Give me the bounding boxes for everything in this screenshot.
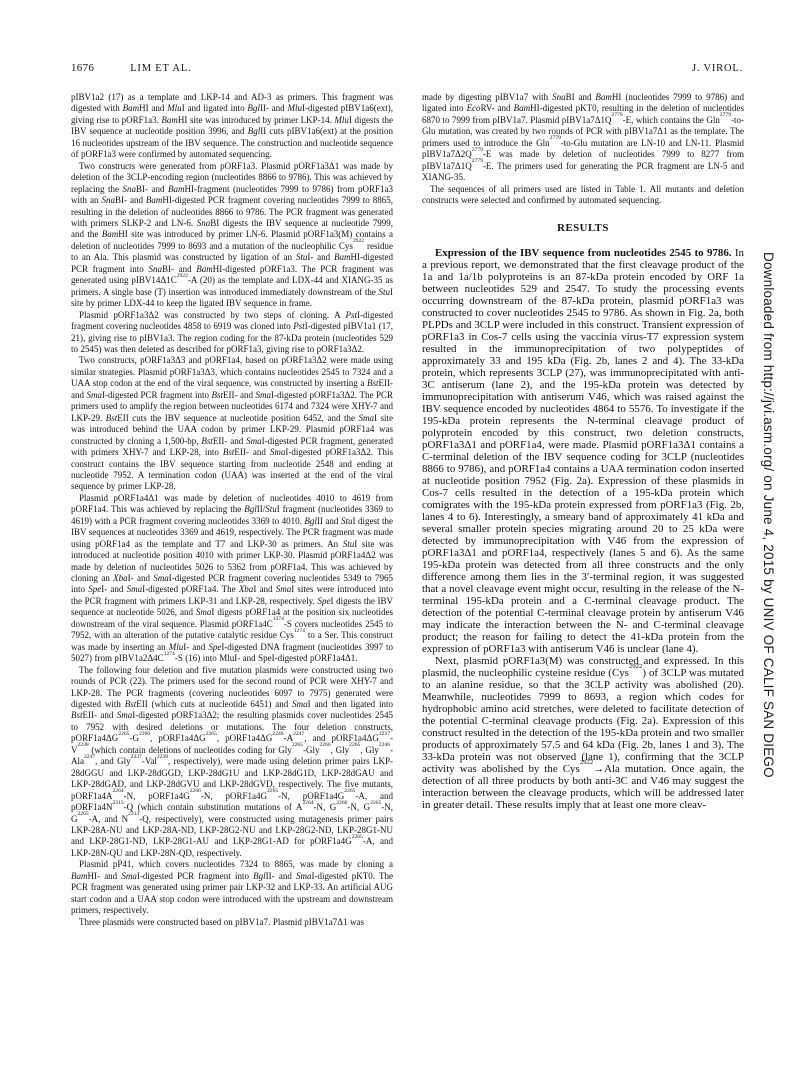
paragraph: Two constructs were generated from pORF1…: [71, 161, 393, 310]
results-section-heading: RESULTS: [422, 222, 744, 234]
running-title: LIM ET AL.: [130, 63, 191, 74]
paragraph: Three plasmids were constructed based on…: [71, 917, 393, 928]
text-columns: pIBV1a2 (17) as a template and LKP-14 an…: [71, 92, 744, 928]
methods-continuation: made by digesting pIBV1a7 with SnaBI and…: [422, 92, 744, 207]
paragraph: The following four deletion and five mut…: [71, 665, 393, 860]
paragraph: Plasmid pORF1a3Δ2 was constructed by two…: [71, 310, 393, 356]
download-watermark: Downloaded from http://jvi.asm.org/ on J…: [761, 252, 776, 778]
right-column: made by digesting pIBV1a7 with SnaBI and…: [422, 92, 744, 928]
left-column: pIBV1a2 (17) as a template and LKP-14 an…: [71, 92, 393, 928]
paragraph: Plasmid pORF1a4Δ1 was made by deletion o…: [71, 493, 393, 665]
results-body: Expression of the IBV sequence from nucl…: [422, 247, 744, 811]
running-head: 1676 LIM ET AL. J. VIROL.: [71, 62, 743, 74]
paragraph: made by digesting pIBV1a7 with SnaBI and…: [422, 92, 744, 184]
paragraph: The sequences of all primers used are li…: [422, 184, 744, 207]
paragraph: pIBV1a2 (17) as a template and LKP-14 an…: [71, 92, 393, 161]
journal-name: J. VIROL.: [692, 63, 743, 74]
journal-page: 1676 LIM ET AL. J. VIROL. pIBV1a2 (17) a…: [0, 0, 800, 1074]
page-number: 1676: [71, 62, 94, 74]
paragraph: Expression of the IBV sequence from nucl…: [422, 247, 744, 655]
paragraph: Plasmid pP41, which covers nucleotides 7…: [71, 859, 393, 916]
paragraph: Next, plasmid pORF1a3(M) was constructed…: [422, 655, 744, 811]
paragraph: Two constructs, pORF1a3Δ3 and pORF1a4, b…: [71, 355, 393, 492]
